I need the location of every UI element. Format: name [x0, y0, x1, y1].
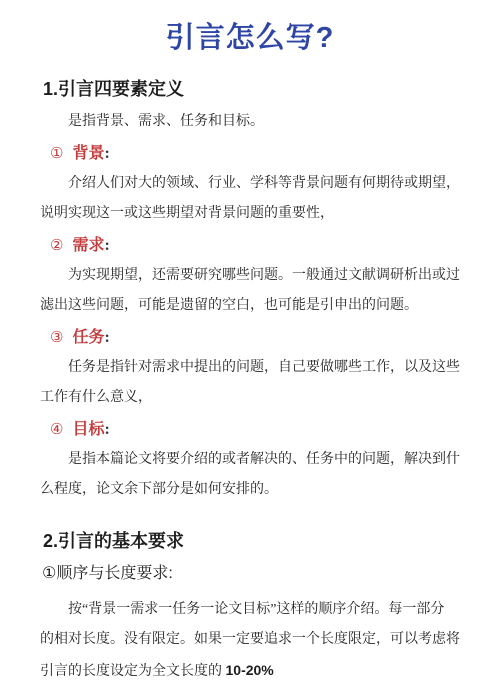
page-title: 引言怎么写? [40, 22, 460, 54]
requirement-line-3: 引言的长度设定为全文长度的 [40, 664, 226, 679]
requirement-line-2: 的相对长度。没有限定。如果一定要追求一个长度限定，可以考虑将 [40, 625, 460, 655]
item-1-colon: : [104, 145, 109, 162]
item-2-line-1: 为实现期望，还需要研究哪些问题。一般通过文献调研析出或过 [40, 261, 460, 291]
item-2-label: 需求 [72, 237, 104, 254]
item-3-label-row: ③任务: [40, 323, 460, 353]
section-2-subheading: ①顺序与长度要求: [40, 563, 460, 585]
item-2-line-2: 滤出这些问题，可能是遗留的空白，也可能是引申出的问题。 [40, 291, 460, 321]
document-page: 引言怎么写? 1.引言四要素定义 是指背景、需求、任务和目标。 ①背景: 介绍人… [0, 0, 500, 694]
item-1-circled-number: ① [50, 146, 63, 162]
item-2-colon: : [104, 237, 109, 254]
item-4-line-1: 是指本篇论文将要介绍的或者解决的、任务中的问题，解决到什 [40, 445, 460, 475]
item-3-colon: : [104, 329, 109, 346]
requirement-line-1: 按“背景一需求一任务一论文目标”这样的顺序介绍。每一部分 [40, 595, 460, 625]
item-4-line-2: 么程度，论文余下部分是如何安排的。 [40, 475, 460, 505]
item-1-line-1: 介绍人们对大的领域、行业、学科等背景问题有何期待或期望， [40, 169, 460, 199]
item-4-colon: : [104, 421, 109, 438]
item-3-line-2: 工作有什么意义， [40, 383, 460, 413]
item-4-label: 目标 [72, 421, 104, 438]
length-percentage: 10-20% [226, 662, 274, 678]
requirement-line-3-row: 引言的长度设定为全文长度的 10-20% [40, 655, 460, 687]
item-3-circled-number: ③ [50, 330, 63, 346]
section-2-heading: 2.引言的基本要求 [40, 530, 460, 552]
item-3-line-1: 任务是指针对需求中提出的问题，自己要做哪些工作，以及这些 [40, 353, 460, 383]
item-1-line-2: 说明实现这一或这些期望对背景问题的重要性， [40, 199, 460, 229]
item-1-label: 背景 [72, 145, 104, 162]
item-2-label-row: ②需求: [40, 231, 460, 261]
item-1-label-row: ①背景: [40, 139, 460, 169]
item-3-label: 任务 [72, 329, 104, 346]
section-1-heading: 1.引言四要素定义 [40, 78, 460, 100]
item-4-circled-number: ④ [50, 422, 63, 438]
section-1-intro: 是指背景、需求、任务和目标。 [40, 107, 460, 137]
item-2-circled-number: ② [50, 238, 63, 254]
item-4-label-row: ④目标: [40, 415, 460, 445]
